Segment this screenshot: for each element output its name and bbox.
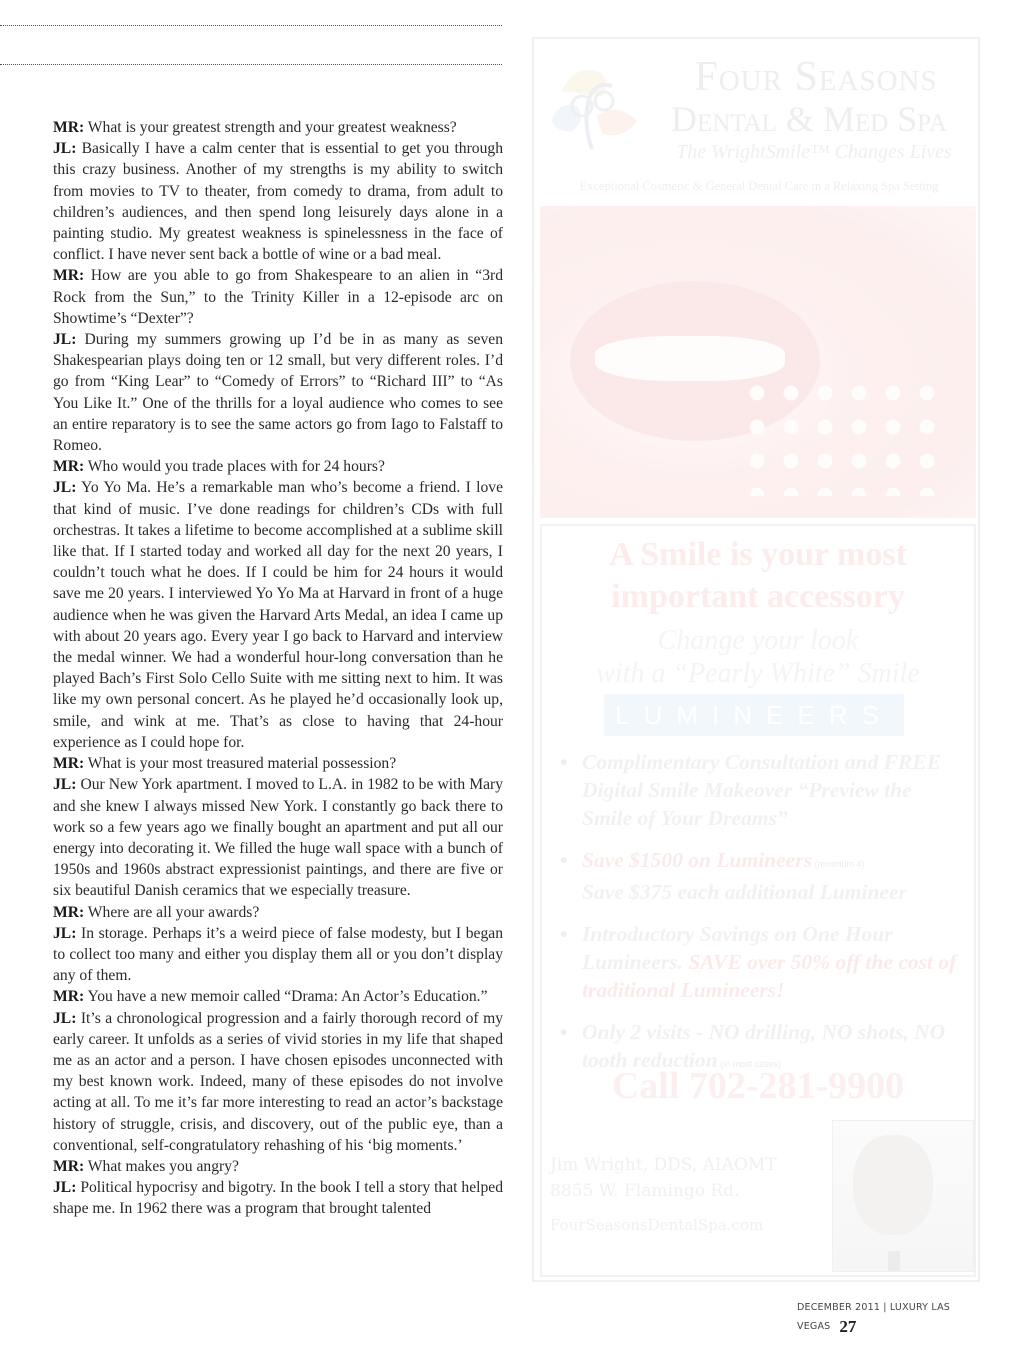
speaker-label: JL:	[53, 479, 76, 496]
paragraph-text: Yo Yo Ma. He’s a remarkable man who’s be…	[53, 479, 503, 750]
article-paragraph: MR: What is your most treasured material…	[53, 753, 503, 774]
ad-address: 8855 W. Flamingo Rd.	[550, 1178, 820, 1204]
speaker-label: MR:	[53, 1158, 84, 1175]
portrait-tie	[888, 1251, 900, 1271]
ad-change-line-1: Change your look	[542, 624, 974, 657]
speaker-label: JL:	[53, 776, 76, 793]
article-paragraph: MR: You have a new memoir called “Drama:…	[53, 986, 503, 1007]
paragraph-text: During my summers growing up I’d be in a…	[53, 331, 503, 454]
speaker-label: MR:	[53, 267, 84, 284]
article-paragraph: JL: It’s a chronological progression and…	[53, 1008, 503, 1156]
paragraph-text: You have a new memoir called “Drama: An …	[84, 988, 487, 1005]
ad-headline: A Smile is your most important accessory	[542, 534, 974, 618]
speaker-label: MR:	[53, 904, 84, 921]
ad-contact-block: Jim Wright, DDS, AIAOMT 8855 W. Flamingo…	[550, 1152, 820, 1238]
dental-spa-advertisement: Four Seasons Dental & Med Spa The Wright…	[532, 37, 980, 1282]
ad-change-copy: Change your look with a “Pearly White” S…	[542, 624, 974, 690]
flower-logo-icon	[542, 51, 642, 151]
pearls-shape	[740, 376, 940, 496]
paragraph-text: Who would you trade places with for 24 h…	[84, 458, 385, 475]
bullet-text: Complimentary Consultation and FREE Digi…	[582, 750, 941, 830]
ad-brand-subname: Dental & Med Spa	[644, 99, 974, 139]
paragraph-text: Basically I have a calm center that is e…	[53, 140, 503, 263]
interview-article: MR: What is your greatest strength and y…	[53, 117, 503, 1220]
article-paragraph: MR: Who would you trade places with for …	[53, 456, 503, 477]
ad-bullet-list: Complimentary Consultation and FREE Digi…	[556, 748, 966, 1092]
article-paragraph: JL: Our New York apartment. I moved to L…	[53, 774, 503, 901]
speaker-label: JL:	[53, 1179, 76, 1196]
lumineers-banner: LUMINEERS	[604, 694, 904, 736]
smile-photo	[540, 206, 976, 518]
speaker-label: MR:	[53, 119, 84, 136]
top-dotted-rule	[0, 25, 502, 26]
speaker-label: JL:	[53, 1010, 76, 1027]
teeth-shape	[595, 336, 785, 381]
article-paragraph: JL: During my summers growing up I’d be …	[53, 329, 503, 456]
ad-tagline: The WrightSmile™ Changes Lives	[664, 141, 964, 164]
paragraph-text: Political hypocrisy and bigotry. In the …	[53, 1179, 503, 1217]
page-footer: DECEMBER 2011 | LUXURY LAS VEGAS27	[797, 1297, 997, 1337]
paragraph-text: It’s a chronological progression and a f…	[53, 1010, 503, 1154]
article-paragraph: JL: In storage. Perhaps it’s a weird pie…	[53, 923, 503, 987]
ad-phone-number: Call 702-281-9900	[542, 1064, 974, 1108]
speaker-label: MR:	[53, 755, 84, 772]
article-paragraph: MR: How are you able to go from Shakespe…	[53, 265, 503, 329]
ad-bullet: Complimentary Consultation and FREE Digi…	[556, 748, 966, 832]
paragraph-text: What is your most treasured material pos…	[84, 755, 396, 772]
speaker-label: JL:	[53, 140, 76, 157]
paragraph-text: Our New York apartment. I moved to L.A. …	[53, 776, 503, 899]
second-dotted-rule	[0, 64, 502, 65]
paragraph-text: What is your greatest strength and your …	[84, 119, 457, 136]
paragraph-text: What makes you angry?	[84, 1158, 239, 1175]
article-paragraph: JL: Political hypocrisy and bigotry. In …	[53, 1177, 503, 1219]
article-paragraph: MR: What is your greatest strength and y…	[53, 117, 503, 138]
paragraph-text: How are you able to go from Shakespeare …	[53, 267, 503, 326]
bullet-text: Save $375 each additional Lumineer	[582, 880, 907, 904]
ad-bullet: Save $1500 on Lumineers (minimum 4)Save …	[556, 846, 966, 906]
bullet-footnote: (minimum 4)	[812, 859, 865, 869]
ad-offer-panel: A Smile is your most important accessory…	[540, 524, 976, 1277]
issue-label: DECEMBER 2011 | LUXURY LAS VEGAS	[797, 1302, 950, 1332]
paragraph-text: Where are all your awards?	[84, 904, 259, 921]
speaker-label: JL:	[53, 925, 76, 942]
speaker-label: MR:	[53, 988, 84, 1005]
portrait-head	[853, 1135, 933, 1235]
article-paragraph: MR: Where are all your awards?	[53, 902, 503, 923]
ad-change-line-2: with a “Pearly White” Smile	[542, 657, 974, 690]
speaker-label: MR:	[53, 458, 84, 475]
ad-subtitle: Exceptional Cosmetic & General Dental Ca…	[554, 179, 964, 194]
doctor-portrait	[832, 1120, 974, 1272]
article-paragraph: MR: What makes you angry?	[53, 1156, 503, 1177]
paragraph-text: In storage. Perhaps it’s a weird piece o…	[53, 925, 503, 984]
bullet-highlight: Save $1500 on Lumineers	[582, 848, 812, 872]
ad-bullet: Introductory Savings on One Hour Luminee…	[556, 920, 966, 1004]
ad-website: FourSeasonsDentalSpa.com	[550, 1212, 820, 1238]
ad-brand-name: Four Seasons	[656, 55, 976, 99]
speaker-label: JL:	[53, 331, 76, 348]
article-paragraph: JL: Yo Yo Ma. He’s a remarkable man who’…	[53, 477, 503, 753]
page-number: 27	[839, 1317, 856, 1336]
article-paragraph: JL: Basically I have a calm center that …	[53, 138, 503, 265]
ad-doctor-name: Jim Wright, DDS, AIAOMT	[550, 1152, 820, 1178]
